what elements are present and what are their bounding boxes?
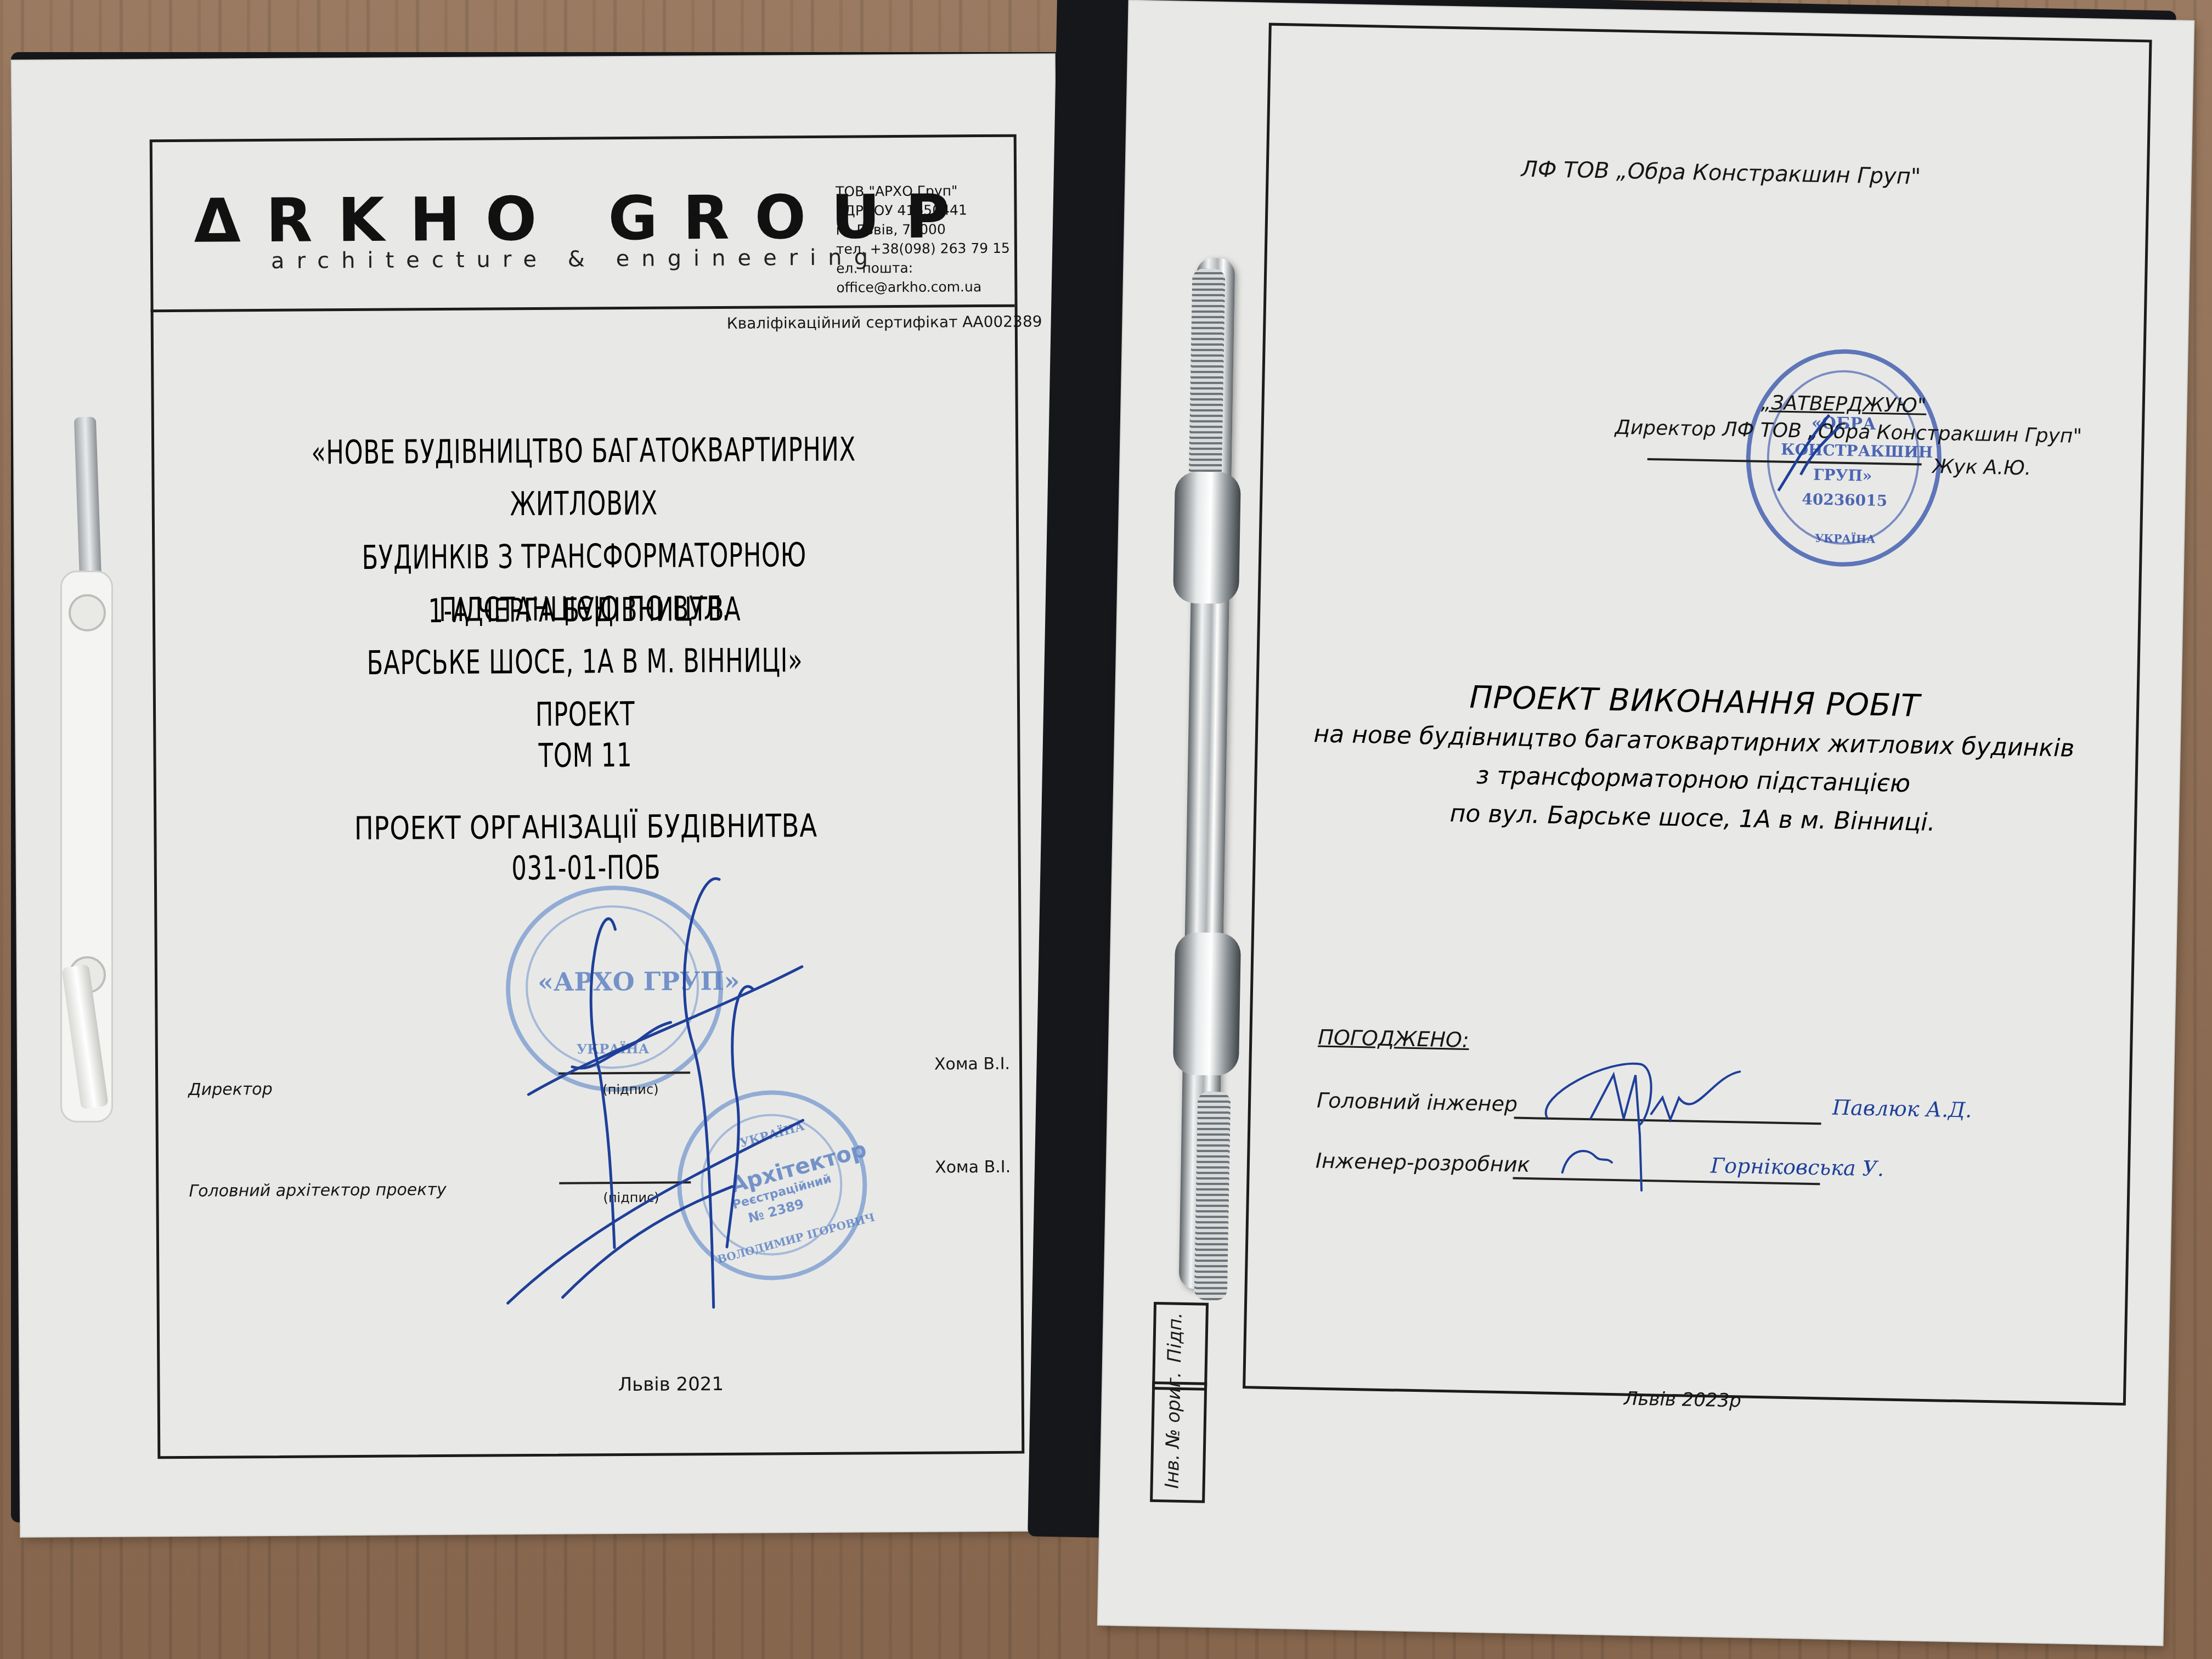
signatory-name: Хома В.І. (934, 1054, 1010, 1074)
approval-header: „ЗАТВЕРДЖУЮ" (1760, 392, 1926, 417)
agreed-label: ПОГОДЖЕНО: (1318, 1025, 1469, 1052)
contact-line: м. Львів, 79000 (836, 219, 1056, 239)
construction-stage: 1-А ЧЕРГА БУДІВНИЦТВА (273, 582, 896, 639)
project-title-line: «НОВЕ БУДІВНИЦТВО БАГАТОКВАРТИРНИХ ЖИТЛО… (272, 423, 895, 532)
right-document-cover: ЛФ ТОВ „Обра Констракшин Груп" «ОБРА КОН… (1098, 1, 2193, 1645)
fastener-hole (69, 594, 106, 631)
side-table-signature-label: Підп. (1164, 1312, 1187, 1363)
binder-clip-lock-bottom (1173, 932, 1242, 1076)
seal-bottom-text: УКРАЇНА (577, 1041, 650, 1057)
left-document-cover: ΔRKHO GROUP architecture & engineering Т… (12, 54, 1063, 1537)
signatory-role-chief-engineer: Головний інженер (1317, 1088, 1518, 1116)
signatory-name: Павлюк А.Д. (1832, 1096, 1972, 1122)
document-code: 031-01-ПОБ (275, 840, 898, 896)
signatory-name: Горніковська У. (1711, 1153, 1884, 1181)
seal-center-text: «АРХО ГРУП» (538, 966, 740, 997)
arkho-group-company-seal: «АРХО ГРУП» УКРАЇНА (505, 885, 724, 1092)
drawing-frame (150, 134, 1025, 1459)
signatory-name: Хома В.І. (935, 1158, 1011, 1177)
signatory-role-director: Директор (188, 1080, 273, 1099)
contact-line: ел. пошта: office@arkho.com.ua (836, 257, 1056, 297)
architect-registration-seal: УКРАЇНА Архітектор Реєстраційний № 2389 … (676, 1090, 867, 1280)
binder-clip-lock-top (1173, 471, 1241, 604)
project-title: «НОВЕ БУДІВНИЦТВО БАГАТОКВАРТИРНИХ ЖИТЛО… (151, 422, 1017, 691)
side-table-original-label: Інв. № ориг. (1161, 1372, 1186, 1489)
approver-name: Жук А.Ю. (1932, 455, 2031, 479)
contact-line: ЕДРПОУ 41650441 (836, 200, 1055, 220)
binder-clip-spring-bottom (1194, 1092, 1231, 1301)
project-title-line: БАРСЬКЕ ШОСЕ, 1А В М. ВІННИЦІ» (274, 634, 896, 690)
document-subtitle: на нове будівництво багатоквартирних жит… (1254, 714, 2134, 846)
contact-line: тел. +38(098) 263 79 15 (836, 238, 1056, 258)
binder-clip-spring-top (1189, 269, 1226, 489)
volume-number: ТОМ 11 (274, 727, 897, 784)
place-and-year: Львів 2023р (1623, 1387, 1741, 1412)
signatory-role-chief-architect: Головний архітектор проекту (189, 1180, 446, 1201)
seal-center-text: ГРУП» (1813, 466, 1872, 485)
seal-code: 40236015 (1802, 490, 1887, 510)
contact-line: ТОВ "АРХО Груп" (836, 180, 1055, 201)
signatory-role-design-engineer: Інженер-розробник (1316, 1149, 1530, 1177)
signature-hint: (підпис) (602, 1082, 658, 1098)
company-contacts: ТОВ "АРХО Груп" ЕДРПОУ 41650441 м. Львів… (836, 180, 1056, 297)
place-and-year: Львів 2021 (618, 1373, 724, 1396)
seal-bottom-text: УКРАЇНА (1815, 532, 1876, 546)
qualification-certificate: Кваліфікаційний сертифікат АА002389 (727, 312, 1042, 332)
company-tagline: architecture & engineering (271, 245, 880, 274)
signature-hint: (підпис) (603, 1190, 659, 1206)
